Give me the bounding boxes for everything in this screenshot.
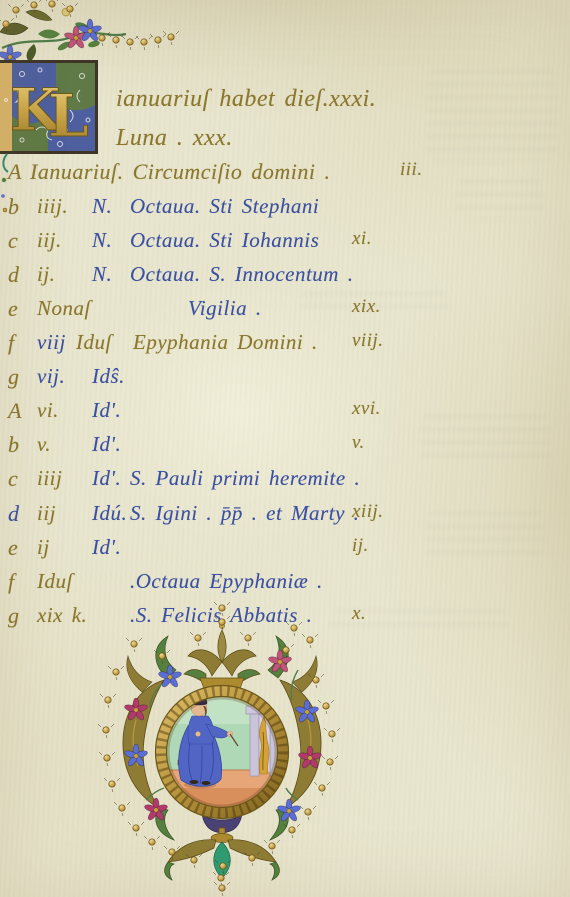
dominical-letter: b bbox=[8, 194, 20, 220]
roman-date: vi. bbox=[37, 398, 59, 423]
golden-number: viij. bbox=[352, 330, 384, 352]
show-through-mark bbox=[427, 70, 557, 162]
roman-date: ij. bbox=[37, 262, 55, 287]
kl-letter-l: L bbox=[48, 82, 89, 150]
calendar-row: d iij Idú. S. Igini . p̄p̄ . et Marty . … bbox=[0, 501, 570, 535]
calendar-row: f viij Iduſ Epyphania Domini . viij. bbox=[0, 330, 570, 364]
calendar-row: A Ianuariuſ. Circumciſio domini . iii. bbox=[0, 159, 570, 193]
golden-number: v. bbox=[352, 432, 365, 454]
luna-heading: Luna . xxx. bbox=[116, 125, 233, 152]
roman-date: Nonaſ bbox=[37, 296, 91, 321]
dominical-letter: A bbox=[8, 398, 22, 424]
date-mark: Id'. bbox=[92, 535, 121, 560]
golden-number: iii. bbox=[400, 159, 423, 181]
roman-date: viij bbox=[37, 330, 66, 355]
golden-number: xi. bbox=[352, 228, 372, 250]
roman-date: xix k. bbox=[37, 603, 87, 628]
dominical-letter: c bbox=[8, 228, 18, 254]
date-mark: Id'. bbox=[92, 398, 121, 423]
roman-date: vij. bbox=[37, 364, 65, 389]
roman-date: iiij. bbox=[37, 194, 68, 219]
parchment-page: K L ianuariuſ habet dieſ.xxxi. Luna . xx… bbox=[0, 0, 570, 897]
feast-entry: Octaua. Sti Iohannis bbox=[130, 228, 319, 253]
feast-entry: S. Pauli primi heremite . bbox=[130, 466, 360, 491]
feast-entry: Epyphania Domini . bbox=[133, 330, 318, 355]
roman-date: iij. bbox=[37, 228, 62, 253]
date-mark: Id'. bbox=[92, 466, 121, 491]
golden-number: xiij. bbox=[352, 501, 384, 523]
dominical-letter: d bbox=[8, 262, 20, 288]
calendar-row: b iiij. N. Octaua. Sti Stephani bbox=[0, 194, 570, 228]
calendar-row: f Iduſ .Octaua Epyphaniæ . bbox=[0, 569, 570, 603]
date-mark: N. bbox=[92, 262, 112, 287]
calendar-row: c iij. N. Octaua. Sti Iohannis xi. bbox=[0, 228, 570, 262]
date-mark: Id'. bbox=[92, 432, 121, 457]
roman-date: Iduſ bbox=[37, 569, 73, 594]
roman-date: iiij bbox=[37, 466, 62, 491]
feast-entry: Octaua. Sti Stephani bbox=[130, 194, 319, 219]
golden-number: xvi. bbox=[352, 398, 381, 420]
dominical-letter: A bbox=[8, 159, 22, 185]
feast-entry: Octaua. S. Innocentum . bbox=[130, 262, 353, 287]
golden-number: xix. bbox=[352, 296, 381, 318]
dominical-letter: c bbox=[8, 466, 18, 492]
date-mark: N. bbox=[92, 228, 112, 253]
medallion-base bbox=[165, 814, 280, 880]
january-miniature-medallion bbox=[102, 600, 342, 894]
calendar-row: b v. Id'. v. bbox=[0, 432, 570, 466]
dominical-letter: f bbox=[8, 330, 15, 356]
finial-palmette bbox=[184, 623, 260, 694]
calendar-row: d ij. N. Octaua. S. Innocentum . bbox=[0, 262, 570, 296]
dominical-letter: e bbox=[8, 535, 18, 561]
feast-entry: Ianuariuſ. Circumciſio domini . bbox=[30, 159, 331, 185]
date-mark: Idŝ. bbox=[92, 364, 125, 389]
roman-date: v. bbox=[37, 432, 51, 457]
month-heading: ianuariuſ habet dieſ.xxxi. bbox=[116, 86, 376, 113]
top-border-ornament bbox=[0, 0, 192, 66]
dominical-letter: f bbox=[8, 569, 15, 595]
feast-entry: .Octaua Epyphaniæ . bbox=[130, 569, 323, 594]
calendar-row: e ij Id'. ij. bbox=[0, 535, 570, 569]
dominical-letter: d bbox=[8, 501, 20, 527]
date-mark: Iduſ bbox=[76, 330, 112, 355]
dominical-letter: g bbox=[8, 603, 20, 629]
roman-date: ij bbox=[37, 535, 50, 560]
calendar-row: A vi. Id'. xvi. bbox=[0, 398, 570, 432]
golden-number: ij. bbox=[352, 535, 369, 557]
date-mark: Idú. bbox=[92, 501, 127, 526]
kl-initial: K L bbox=[0, 60, 98, 154]
feast-entry: Vigilia . bbox=[188, 296, 262, 321]
calendar-row: e Nonaſ Vigilia . xix. bbox=[0, 296, 570, 330]
dominical-letter: g bbox=[8, 364, 20, 390]
calendar-row: c iiij Id'. S. Pauli primi heremite . bbox=[0, 466, 570, 500]
feast-entry: S. Igini . p̄p̄ . et Marty . bbox=[130, 501, 359, 526]
dominical-letter: b bbox=[8, 432, 20, 458]
roman-date: iij bbox=[37, 501, 56, 526]
golden-number: x. bbox=[352, 603, 366, 625]
date-mark: N. bbox=[92, 194, 112, 219]
calendar-row: g vij. Idŝ. bbox=[0, 364, 570, 398]
dominical-letter: e bbox=[8, 296, 18, 322]
